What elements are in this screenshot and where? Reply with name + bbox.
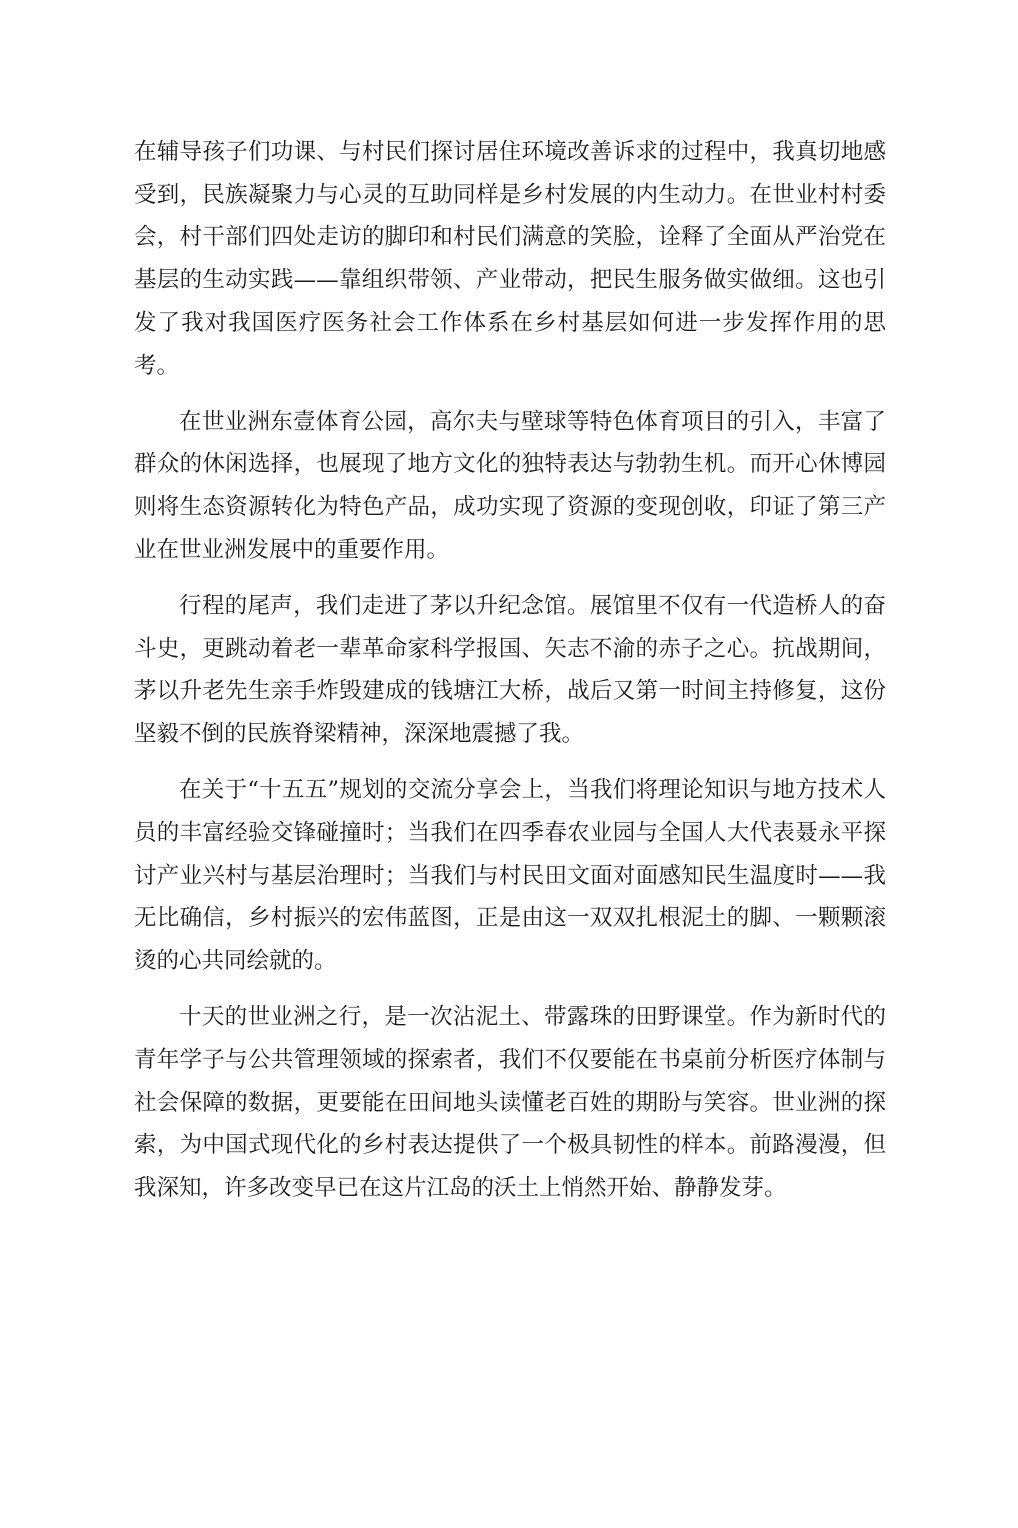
paragraph-1: 在辅导孩子们功课、与村民们探讨居住环境改善诉求的过程中，我真切地感受到，民族凝聚… — [134, 131, 886, 387]
paragraph-2: 在世业洲东壹体育公园，高尔夫与壁球等特色体育项目的引入，丰富了群众的休闲选择，也… — [134, 401, 886, 572]
document-page: 在辅导孩子们功课、与村民们探讨居住环境改善诉求的过程中，我真切地感受到，民族凝聚… — [134, 131, 886, 1223]
paragraph-5: 十天的世业洲之行，是一次沾泥土、带露珠的田野课堂。作为新时代的青年学子与公共管理… — [134, 996, 886, 1210]
paragraph-3: 行程的尾声，我们走进了茅以升纪念馆。展馆里不仅有一代造桥人的奋斗史，更跳动着老一… — [134, 585, 886, 756]
paragraph-4: 在关于“十五五”规划的交流分享会上，当我们将理论知识与地方技术人员的丰富经验交锋… — [134, 769, 886, 983]
